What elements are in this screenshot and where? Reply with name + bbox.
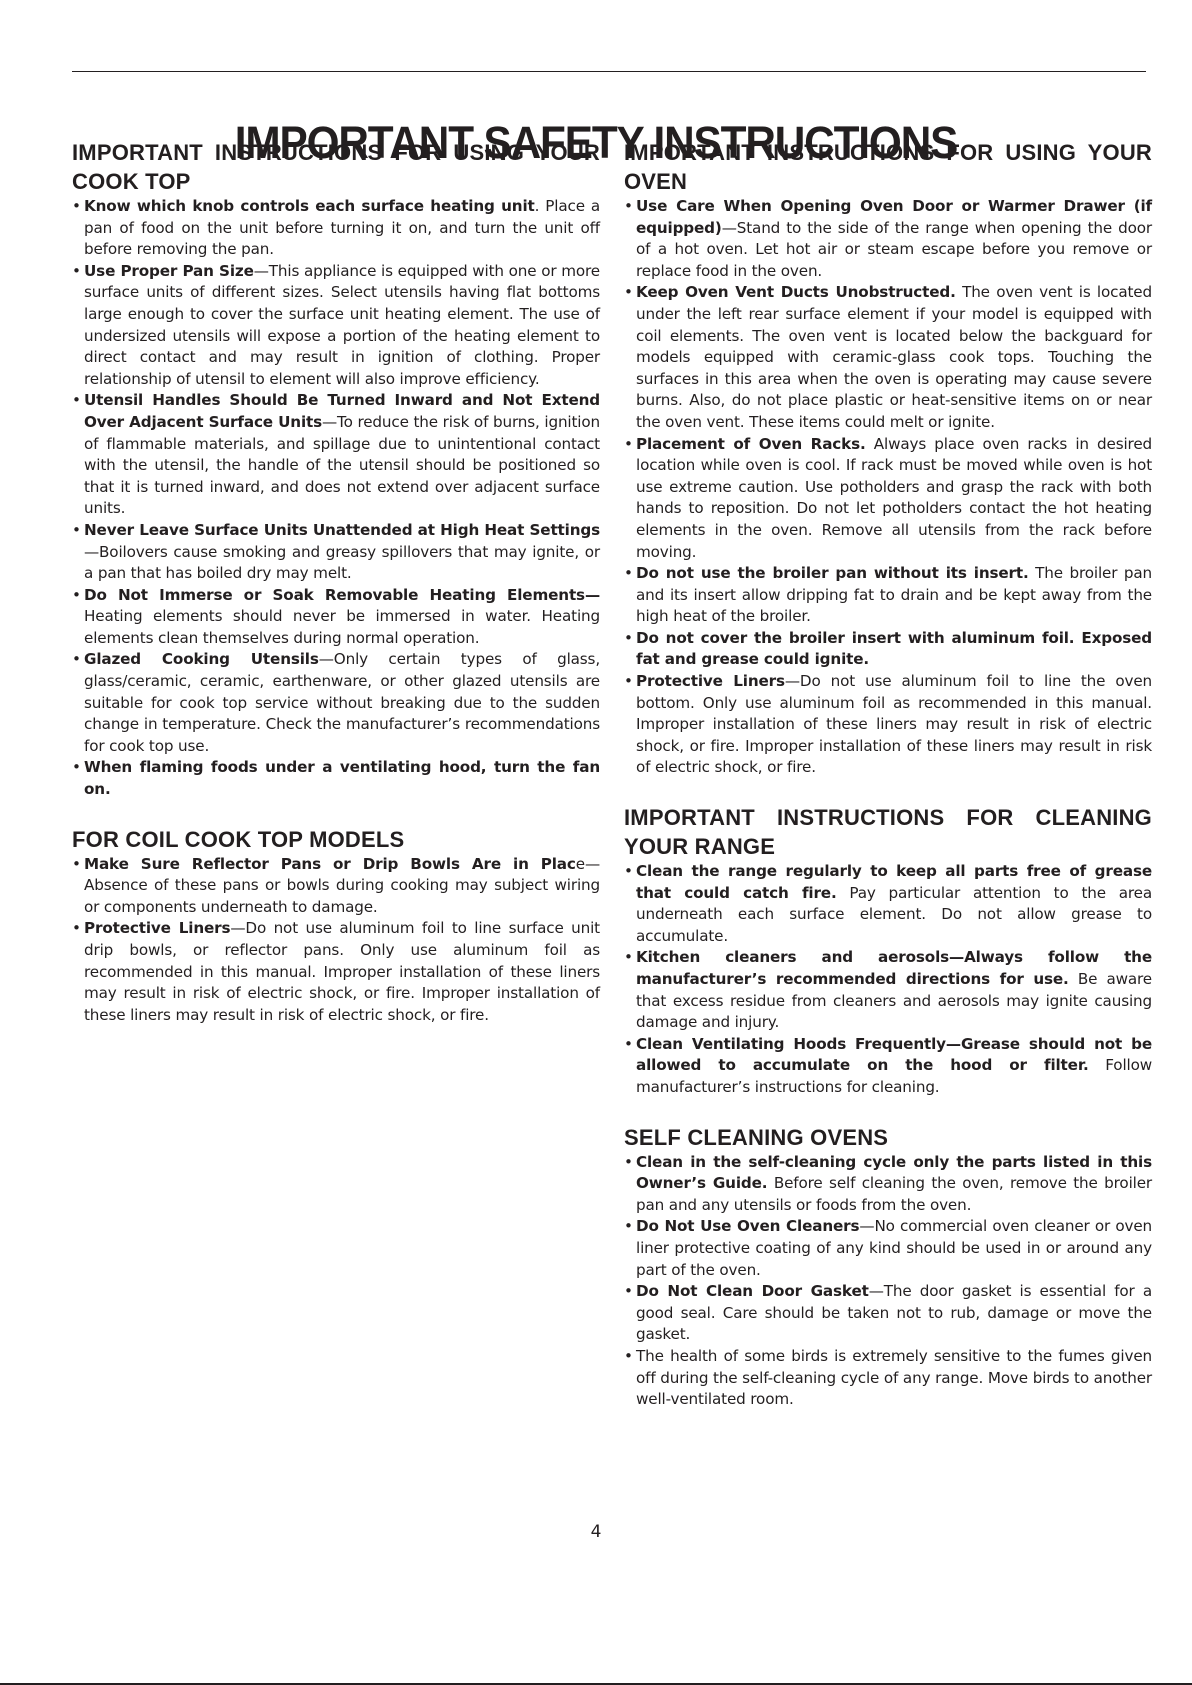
item-title: Make Sure Reflector Pans or Drip Bowls A… xyxy=(84,855,576,873)
item-title: Never Leave Surface Units Unattended at … xyxy=(84,521,600,539)
list-item: •Never Leave Surface Units Unattended at… xyxy=(72,520,600,585)
item-title: Use Proper Pan Size xyxy=(84,262,254,280)
list-item: •Protective Liners—Do not use aluminum f… xyxy=(72,918,600,1026)
section-cook-top: IMPORTANT INSTRUCTIONS FOR USING YOUR CO… xyxy=(72,138,600,801)
list-item: •Clean Ventilating Hoods Frequently—Grea… xyxy=(624,1034,1152,1099)
bullet-icon: • xyxy=(72,261,81,283)
section-heading: FOR COIL COOK TOP MODELS xyxy=(72,825,600,854)
item-title: Keep Oven Vent Ducts Unobstructed. xyxy=(636,283,956,301)
section-self-cleaning-ovens: SELF CLEANING OVENS •Clean in the self-c… xyxy=(624,1123,1152,1411)
list-item: •Placement of Oven Racks. Always place o… xyxy=(624,434,1152,564)
list-item: •Use Proper Pan Size—This appliance is e… xyxy=(72,261,600,391)
item-text: Heating elements should never be immerse… xyxy=(84,607,600,647)
instruction-list: •Use Care When Opening Oven Door or Warm… xyxy=(624,196,1152,779)
item-title: Do Not Clean Door Gasket xyxy=(636,1282,869,1300)
item-text: —This appliance is equipped with one or … xyxy=(84,262,600,388)
section-heading: IMPORTANT INSTRUCTIONS FOR CLEANING YOUR… xyxy=(624,803,1152,861)
section-heading: IMPORTANT INSTRUCTIONS FOR USING YOUR CO… xyxy=(72,138,600,196)
list-item: •Use Care When Opening Oven Door or Warm… xyxy=(624,196,1152,282)
left-column: IMPORTANT INSTRUCTIONS FOR USING YOUR CO… xyxy=(72,138,600,1050)
bullet-icon: • xyxy=(72,649,81,671)
list-item: •Clean the range regularly to keep all p… xyxy=(624,861,1152,947)
bullet-icon: • xyxy=(624,947,633,969)
list-item: •Keep Oven Vent Ducts Unobstructed. The … xyxy=(624,282,1152,433)
item-title: Clean Ventilating Hoods Frequently—Greas… xyxy=(636,1035,1152,1075)
right-column: IMPORTANT INSTRUCTIONS FOR USING YOUR OV… xyxy=(624,138,1152,1435)
bullet-icon: • xyxy=(72,757,81,779)
list-item: •When flaming foods under a ventilating … xyxy=(72,757,600,800)
page-number: 4 xyxy=(0,1521,1192,1543)
list-item: •Do Not Use Oven Cleaners—No commercial … xyxy=(624,1216,1152,1281)
list-item: •Know which knob controls each surface h… xyxy=(72,196,600,261)
item-title: Do not use the broiler pan without its i… xyxy=(636,564,1029,582)
bullet-icon: • xyxy=(72,196,81,218)
item-title: Protective Liners xyxy=(84,919,230,937)
bullet-icon: • xyxy=(72,520,81,542)
section-heading: IMPORTANT INSTRUCTIONS FOR USING YOUR OV… xyxy=(624,138,1152,196)
bullet-icon: • xyxy=(624,671,633,693)
item-title: Do Not Immerse or Soak Removable Heating… xyxy=(84,586,600,604)
item-title: Do Not Use Oven Cleaners xyxy=(636,1217,859,1235)
section-heading: SELF CLEANING OVENS xyxy=(624,1123,1152,1152)
item-title: When flaming foods under a ventilating h… xyxy=(84,758,600,798)
item-title: Know which knob controls each surface he… xyxy=(84,197,535,215)
bullet-icon: • xyxy=(624,1346,633,1368)
item-text: The oven vent is located under the left … xyxy=(636,283,1152,431)
instruction-list: •Know which knob controls each surface h… xyxy=(72,196,600,801)
section-cleaning-range: IMPORTANT INSTRUCTIONS FOR CLEANING YOUR… xyxy=(624,803,1152,1099)
list-item: •Do not use the broiler pan without its … xyxy=(624,563,1152,628)
item-title: Protective Liners xyxy=(636,672,785,690)
item-text: The health of some birds is extremely se… xyxy=(636,1347,1152,1408)
bullet-icon: • xyxy=(72,854,81,876)
bullet-icon: • xyxy=(624,1216,633,1238)
item-title: Do not cover the broiler insert with alu… xyxy=(636,629,1152,669)
bullet-icon: • xyxy=(72,585,81,607)
bullet-icon: • xyxy=(624,628,633,650)
instruction-list: •Make Sure Reflector Pans or Drip Bowls … xyxy=(72,854,600,1027)
instruction-list: •Clean the range regularly to keep all p… xyxy=(624,861,1152,1099)
top-rule xyxy=(72,71,1146,72)
bullet-icon: • xyxy=(72,390,81,412)
bullet-icon: • xyxy=(624,861,633,883)
list-item: •Do Not Clean Door Gasket—The door gaske… xyxy=(624,1281,1152,1346)
list-item: •The health of some birds is extremely s… xyxy=(624,1346,1152,1411)
list-item: •Clean in the self-cleaning cycle only t… xyxy=(624,1152,1152,1217)
item-title: Placement of Oven Racks. xyxy=(636,435,866,453)
bullet-icon: • xyxy=(624,1152,633,1174)
list-item: •Kitchen cleaners and aerosols—Always fo… xyxy=(624,947,1152,1033)
list-item: •Glazed Cooking Utensils—Only certain ty… xyxy=(72,649,600,757)
section-coil-cook-top: FOR COIL COOK TOP MODELS •Make Sure Refl… xyxy=(72,825,600,1027)
bullet-icon: • xyxy=(624,282,633,304)
item-title: Glazed Cooking Utensils xyxy=(84,650,319,668)
list-item: •Do Not Immerse or Soak Removable Heatin… xyxy=(72,585,600,650)
bullet-icon: • xyxy=(624,563,633,585)
bullet-icon: • xyxy=(624,1034,633,1056)
bullet-icon: • xyxy=(624,196,633,218)
bullet-icon: • xyxy=(624,434,633,456)
item-text: —Boilovers cause smoking and greasy spil… xyxy=(84,543,600,583)
instruction-list: •Clean in the self-cleaning cycle only t… xyxy=(624,1152,1152,1411)
list-item: •Protective Liners—Do not use aluminum f… xyxy=(624,671,1152,779)
list-item: •Utensil Handles Should Be Turned Inward… xyxy=(72,390,600,520)
bullet-icon: • xyxy=(72,918,81,940)
section-oven: IMPORTANT INSTRUCTIONS FOR USING YOUR OV… xyxy=(624,138,1152,779)
list-item: •Make Sure Reflector Pans or Drip Bowls … xyxy=(72,854,600,919)
item-text: Always place oven racks in desired locat… xyxy=(636,435,1152,561)
list-item: •Do not cover the broiler insert with al… xyxy=(624,628,1152,671)
bullet-icon: • xyxy=(624,1281,633,1303)
